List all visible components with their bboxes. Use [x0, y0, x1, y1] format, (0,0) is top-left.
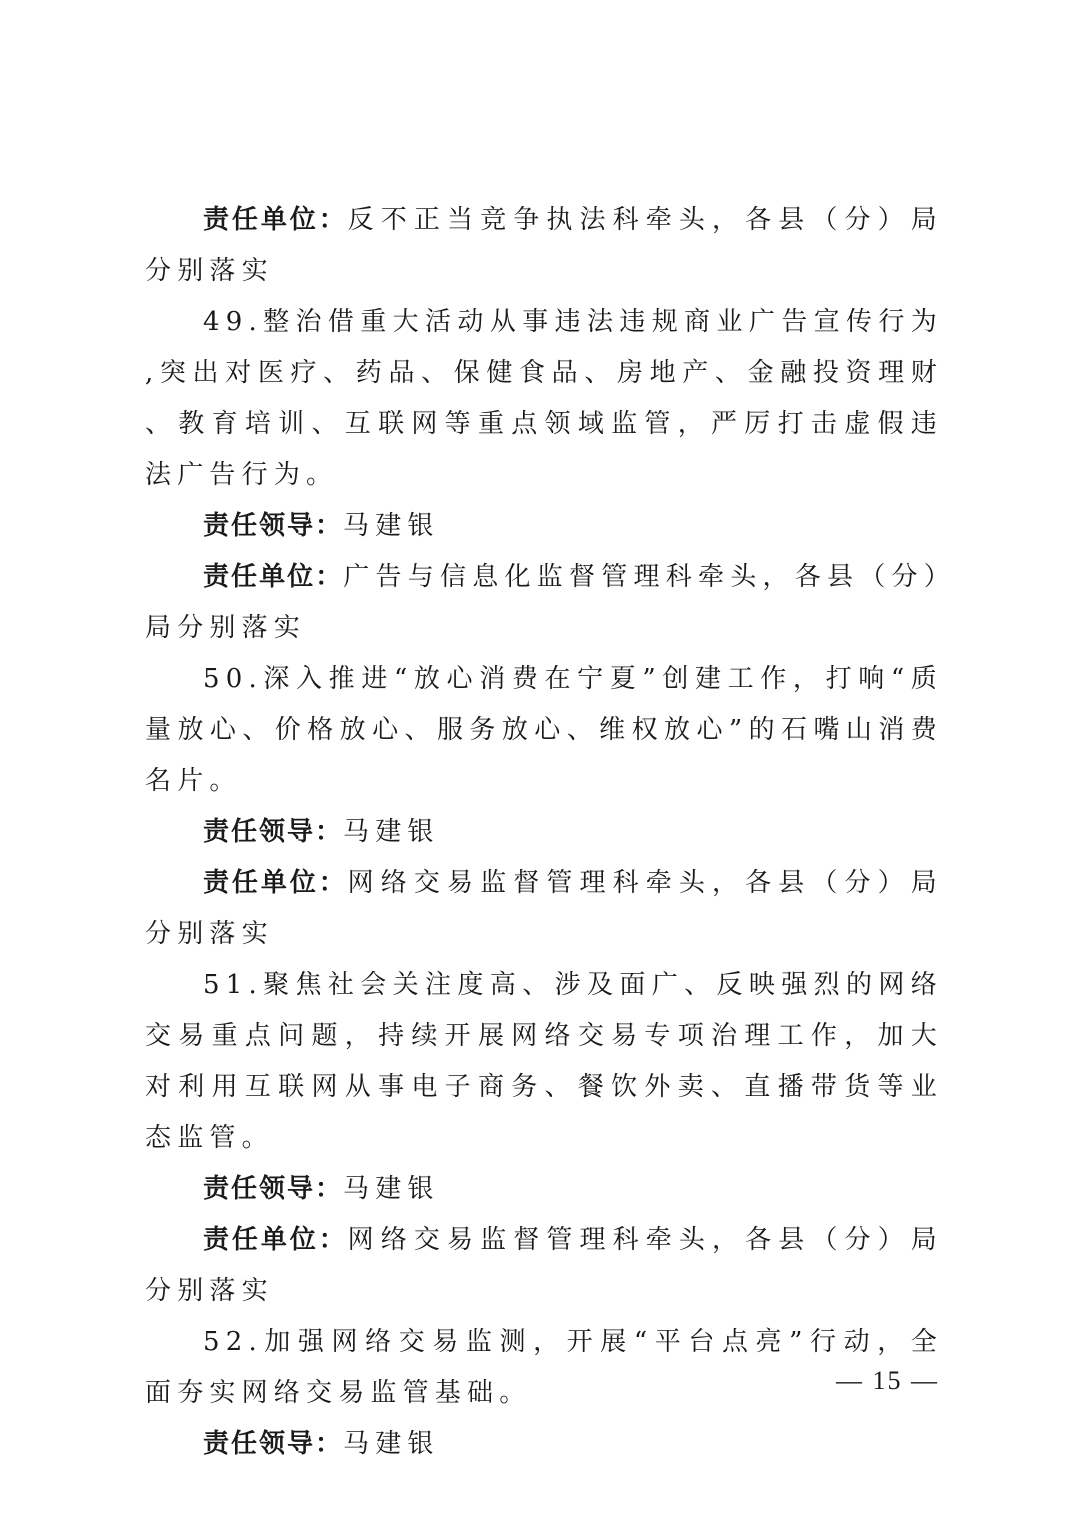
responsible-leader-text: 马建银: [343, 1429, 440, 1459]
responsible-leader-paragraph: 责任领导：马建银: [145, 807, 943, 858]
responsible-leader-label: 责任领导：: [203, 511, 343, 541]
responsible-leader-label: 责任领导：: [203, 1429, 343, 1459]
responsible-unit-paragraph: 责任单位：反不正当竞争执法科牵头，各县（分）局分别落实: [145, 195, 943, 297]
responsible-leader-paragraph: 责任领导：马建银: [145, 1419, 943, 1470]
responsible-leader-paragraph: 责任领导：马建银: [145, 1164, 943, 1215]
item-52-paragraph: 52.加强网络交易监测，开展“平台点亮”行动，全面夯实网络交易监管基础。: [145, 1317, 943, 1419]
responsible-unit-paragraph: 责任单位：广告与信息化监督管理科牵头，各县（分）局分别落实: [145, 552, 943, 654]
responsible-leader-paragraph: 责任领导：马建银: [145, 501, 943, 552]
responsible-unit-label: 责任单位：: [203, 868, 348, 898]
responsible-unit-label: 责任单位：: [203, 562, 343, 592]
item-49-paragraph: 49.整治借重大活动从事违法违规商业广告宣传行为,突出对医疗、药品、保健食品、房…: [145, 297, 943, 501]
responsible-unit-paragraph: 责任单位：网络交易监督管理科牵头，各县（分）局分别落实: [145, 858, 943, 960]
responsible-leader-label: 责任领导：: [203, 817, 343, 847]
responsible-leader-label: 责任领导：: [203, 1174, 343, 1204]
responsible-unit-label: 责任单位：: [203, 205, 348, 235]
responsible-unit-label: 责任单位：: [203, 1225, 348, 1255]
responsible-leader-text: 马建银: [343, 511, 440, 541]
item-50-paragraph: 50.深入推进“放心消费在宁夏”创建工作，打响“质量放心、价格放心、服务放心、维…: [145, 654, 943, 807]
responsible-leader-text: 马建银: [343, 817, 440, 847]
page-number: — 15 —: [836, 1366, 939, 1396]
document-page: 责任单位：反不正当竞争执法科牵头，各县（分）局分别落实 49.整治借重大活动从事…: [145, 195, 943, 1470]
responsible-unit-paragraph: 责任单位：网络交易监督管理科牵头，各县（分）局分别落实: [145, 1215, 943, 1317]
responsible-leader-text: 马建银: [343, 1174, 440, 1204]
item-51-paragraph: 51.聚焦社会关注度高、涉及面广、反映强烈的网络交易重点问题，持续开展网络交易专…: [145, 960, 943, 1164]
